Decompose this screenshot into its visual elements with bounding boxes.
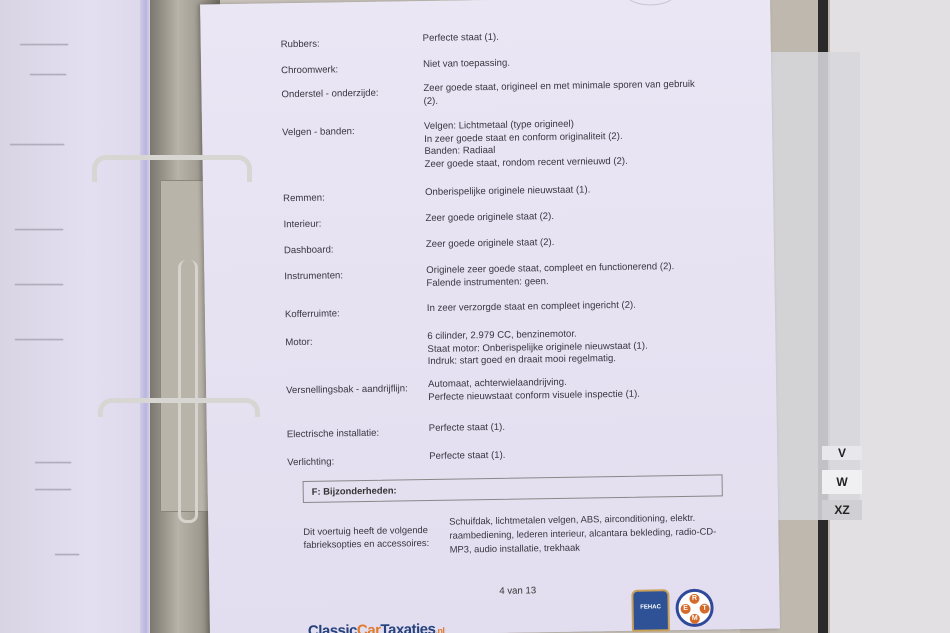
index-tab-v[interactable]: V — [822, 446, 862, 460]
row-label: Motor: — [285, 335, 425, 348]
row-label: Dashboard: — [284, 243, 424, 256]
brand-logo: ClassicCarTaxaties.nl — [308, 621, 445, 633]
inspection-row: Versnellingsbak - aandrijflijn:Automaat,… — [286, 374, 756, 381]
inspection-row: Chroomwerk:Niet van toepassing. — [281, 54, 751, 61]
inspection-row: Electrische installatie:Perfecte staat (… — [287, 418, 757, 425]
show-through-text: ━━━━━━━━━ — [10, 140, 64, 151]
binder-lever[interactable] — [178, 260, 198, 523]
show-through-text: ━━━━━━━━ — [15, 280, 63, 291]
row-value: Perfecte staat (1). — [423, 28, 713, 45]
inspection-row: Rubbers:Perfecte staat (1). — [281, 28, 751, 35]
fehac-logo-icon: FEHAC — [631, 589, 670, 632]
show-through-text: ━━━━━━━━ — [15, 335, 63, 346]
inspection-row: Onderstel - onderzijde:Zeer goede staat,… — [281, 78, 751, 85]
row-label: Rubbers: — [281, 37, 421, 50]
row-value: Automaat, achterwielaandrijving.Perfecte… — [428, 374, 718, 404]
row-value: Velgen: Lichtmetaal (type origineel)In z… — [424, 116, 715, 171]
options-value: Schuifdak, lichtmetalen velgen, ABS, air… — [449, 510, 740, 557]
row-value: Perfecte staat (1). — [429, 446, 719, 463]
section-heading-box: F: Bijzonderheden: — [303, 474, 723, 503]
inspection-row: Verlichting:Perfecte staat (1). — [287, 446, 757, 453]
row-value: Zeer goede staat, origineel en met minim… — [423, 78, 713, 108]
index-tab-w[interactable]: W — [822, 470, 862, 494]
section-heading: F: Bijzonderheden: — [312, 484, 397, 496]
inspection-row: Interieur:Zeer goede originele staat (2)… — [283, 208, 753, 215]
index-tab-xz[interactable]: XZ — [822, 500, 862, 520]
row-value: 6 cilinder, 2.979 CC, benzinemotor.Staat… — [427, 326, 718, 368]
row-label: Verlichting: — [287, 455, 427, 468]
ret-logo-icon: R E T M — [675, 589, 714, 628]
row-value: In zeer verzorgde staat en compleet inge… — [427, 298, 717, 315]
show-through-text: ━━━━━━ — [35, 485, 71, 496]
inspection-row: Remmen:Onberispelijke originele nieuwsta… — [283, 182, 753, 189]
stamp-mark — [625, 0, 677, 6]
row-label: Chroomwerk: — [281, 63, 421, 76]
show-through-text: ━━━━━━━━ — [20, 40, 68, 51]
left-page-stack: ━━━━━━━━ ━━━━━━ ━━━━━━━━━ ━━━━━━━━ ━━━━━… — [0, 0, 150, 633]
inspection-row: Motor:6 cilinder, 2.979 CC, benzinemotor… — [285, 326, 755, 333]
show-through-text: ━━━━━━━━ — [15, 225, 63, 236]
row-value: Zeer goede originele staat (2). — [425, 208, 715, 225]
show-through-text: ━━━━ — [55, 550, 79, 561]
show-through-text: ━━━━━━ — [30, 70, 66, 81]
row-label: Remmen: — [283, 191, 423, 204]
index-tabs: V W XZ — [822, 430, 862, 520]
row-label: Kofferruimte: — [285, 307, 425, 320]
row-label: Electrische installatie: — [287, 427, 427, 440]
row-value: Onberispelijke originele nieuwstaat (1). — [425, 182, 715, 199]
show-through-text: ━━━━━━ — [35, 458, 71, 469]
options-label: Dit voertuig heeft de volgende fabriekso… — [303, 523, 453, 551]
row-label: Onderstel - onderzijde: — [281, 87, 421, 100]
row-label: Instrumenten: — [284, 269, 424, 282]
binder-ring-top[interactable] — [92, 155, 252, 182]
report-page: Rubbers:Perfecte staat (1).Chroomwerk:Ni… — [200, 0, 780, 633]
row-label: Versnellingsbak - aandrijflijn: — [286, 383, 426, 396]
row-value: Originele zeer goede staat, compleet en … — [426, 260, 716, 290]
binder-ring-bottom[interactable] — [98, 398, 260, 417]
row-value: Perfecte staat (1). — [429, 418, 719, 435]
row-value: Niet van toepassing. — [423, 54, 713, 71]
inspection-row: Instrumenten:Originele zeer goede staat,… — [284, 260, 754, 267]
inspection-row: Kofferruimte:In zeer verzorgde staat en … — [285, 298, 755, 305]
inspection-row: Dashboard:Zeer goede originele staat (2)… — [284, 234, 754, 241]
inspection-row: Velgen - banden:Velgen: Lichtmetaal (typ… — [282, 116, 752, 123]
row-label: Velgen - banden: — [282, 125, 422, 138]
row-label: Interieur: — [283, 217, 423, 230]
row-value: Zeer goede originele staat (2). — [426, 234, 716, 251]
page-number: 4 van 13 — [499, 585, 536, 597]
